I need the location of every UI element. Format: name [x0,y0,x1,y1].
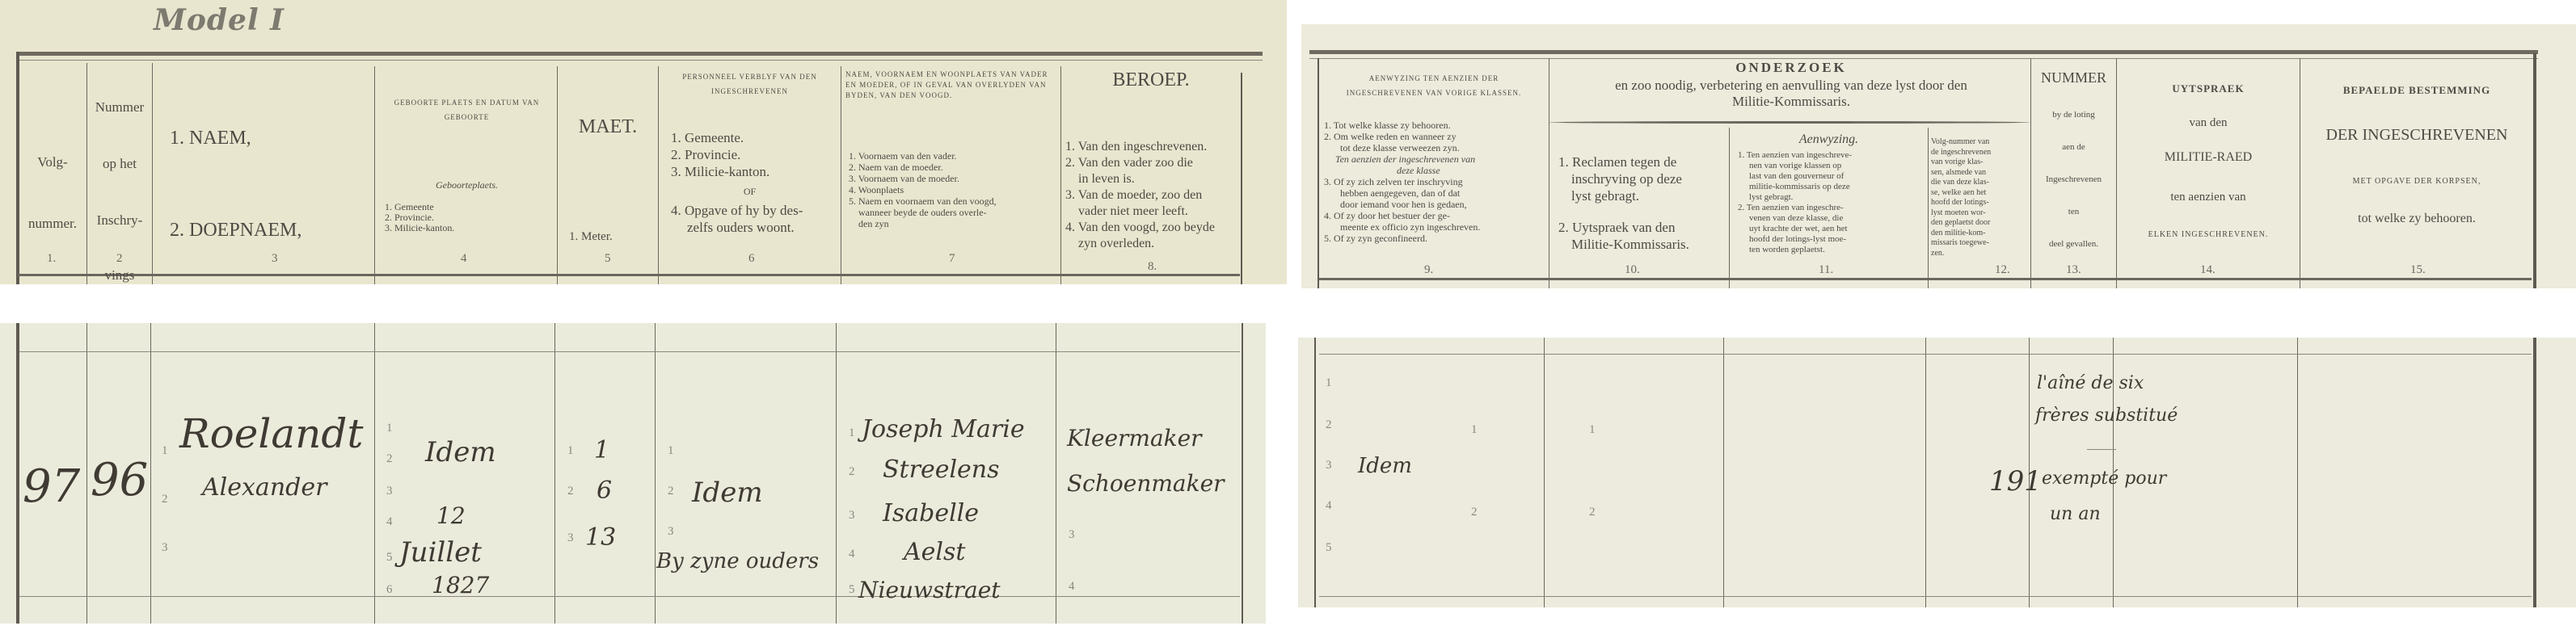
col-divider [1723,338,1724,607]
entry-maend: Juillet [399,536,482,569]
col9-number: 9. [1424,263,1433,277]
line-number: 2 [162,493,168,506]
col11-item: venen van deze klasse, die [1738,213,1852,224]
col-divider [1060,66,1061,284]
col7-title: NAEM, VOORNAEM EN WOONPLAETS VAN VADER E… [845,69,1056,101]
col-divider [374,323,375,624]
col12-item: lyst moeten wor- [1931,208,1991,219]
header-left-page: Model I Volg- nummer. 1. Nummer op het I… [0,0,1287,284]
col12-item: zen. [1931,249,1991,259]
col6-item4-line: zelfs ouders woont. [671,219,803,236]
top-rule-thin [1309,58,2538,59]
col-divider [658,66,659,284]
entry-right-page: 1 2 3 4 5 Idem 1 2 1 2 191 l'aîné de six… [1298,338,2576,607]
col13-line: Ingeschrevenen [2031,174,2116,184]
right-border [2533,53,2536,288]
col5-number: 5 [605,252,611,266]
col2-number: 2 [116,252,123,266]
col8-item: zyn overleden. [1065,236,1215,252]
col-divider [1925,338,1926,607]
col9-item: 3. Of zy zich zelven ter inschryving [1324,176,1480,187]
entry-woonplaets: Aelst [904,538,965,566]
row-bottom-rule [1319,596,2532,597]
col14-line: MILITIE-RAED [2117,150,2300,165]
col12-item: van vorige klas- [1931,157,1991,168]
col9-title-line: INGESCHREVENEN VAN VORIGE KLASSEN. [1321,86,1547,100]
col14-line: UYTSPRAEK [2117,82,2300,95]
entry-verblyf-ouders: By zyne ouders [656,549,819,573]
col8-item: 2. Van den vader zoo die [1065,155,1215,171]
col1-number: 1. [47,252,56,266]
line-number: 1 [567,444,574,458]
line-number: 4 [849,548,855,561]
col10-items: 1. Reclamen tegen de inschryving op deze… [1558,153,1689,253]
onderzoek-brace [1549,121,2030,124]
col10-number: 10. [1625,263,1640,277]
col7-items: 1. Voornaem van den vader. 2. Naem van d… [849,150,997,229]
line-number: 5 [386,551,393,565]
col13-title: NUMMER [2031,69,2116,86]
entry-col9-aenwyzing: Idem [1358,454,1412,478]
col9-item: 2. Om welke reden en wanneer zy [1324,131,1480,142]
col-divider [1729,128,1730,288]
col7-item: 3. Voornaem van de moeder. [849,173,997,184]
col6-or: OF [663,186,837,198]
entry-volgnummer: 97 [23,460,80,513]
entry-uytspraek-separator [2087,449,2116,450]
entry-dag: 12 [436,502,466,529]
col7-item: 2. Naem van de moeder. [849,162,997,173]
col-divider [86,63,87,284]
col13-line: deel gevallen. [2031,239,2116,249]
entry-jaer: 1827 [432,572,489,598]
line-number: 1 [162,444,168,458]
onderzoek-title: ONDERZOEK [1549,60,2034,76]
col6-item: 1. Gemeente. [671,129,769,146]
entry-lotings-nummer: 191 [1989,465,2042,498]
col8-items: 1. Van den ingeschrevenen. 2. Van den va… [1065,139,1215,252]
col10-item: lyst gebragt. [1558,187,1689,204]
entry-geboorteplaets: Idem [425,436,496,468]
line-number: 2 [1471,506,1478,519]
line-number: 2 [567,485,574,498]
col9-item: door iemand voor hen is gedaen, [1324,199,1480,210]
top-rule [18,52,1263,56]
entry-maet-meter: 1 [594,436,609,464]
col2-line: Inschry- [87,212,152,229]
col11-item: uyt krachte der wet, aen het [1738,224,1852,234]
col14-number: 14. [2200,263,2216,277]
col7-number: 7 [949,252,955,266]
col6-items: 1. Gemeente. 2. Provincie. 3. Milicie-ka… [671,129,769,180]
row-bottom-rule [19,596,1240,597]
col14-line: van den [2117,116,2300,130]
col6-item: 2. Provincie. [671,146,769,163]
col10-item: 1. Reclamen tegen de [1558,153,1689,170]
col9-item: hebben aengegeven, dan of dat [1324,187,1480,199]
col-divider [2297,338,2298,607]
col10-item: 2. Uytspraek van den [1558,219,1689,236]
col1-label-a: Volg- [19,153,86,171]
entry-doepnaem: Alexander [202,473,327,502]
col6-item4: 4. Opgave of hy by des- zelfs ouders woo… [671,202,803,236]
col15-line: tot welke zy behooren. [2300,212,2533,226]
col15-line: BEPAELDE BESTEMMING [2300,84,2533,97]
col12-item: se, welke aen het [1931,188,1991,199]
right-border [2533,338,2536,607]
col11-item: 2. Ten aenzien van ingeschre- [1738,203,1852,213]
line-number: 3 [162,541,168,555]
col2-line: op het [87,155,152,173]
right-border [1242,323,1243,624]
line-number: 2 [1326,418,1332,432]
col13-line: aen de [2031,142,2116,152]
col9-items: 1. Tot welke klasse zy behooren. 2. Om w… [1324,120,1480,244]
col-divider [374,66,375,284]
col13-number: 13. [2066,263,2081,277]
entry-uytspraek-line1: l'aîné de six [2037,373,2144,393]
col11-item: lyst gebragt. [1738,192,1852,203]
col-divider [152,63,153,284]
entry-uytspraek-line3: exempté pour [2042,468,2166,489]
col12-item: missaris toegewe- [1931,238,1991,249]
col-divider [557,66,558,284]
col10-item: Militie-Kommissaris. [1558,236,1689,253]
col3-item-naem: 1. NAEM, [170,128,251,149]
col9-item: meente ex officio zyn ingeschreven. [1324,221,1480,233]
col3-item-doepnaem: 2. DOEPNAEM, [170,220,301,241]
line-number: 2 [849,465,855,479]
col8-number: 8. [1148,260,1157,274]
col-divider [836,323,837,624]
col13-line: ten [2031,207,2116,216]
col2-line: Nummer [87,99,152,116]
col9-italic: Ten aenzien der ingeschrevenen van [1324,153,1480,165]
line-number: 3 [1326,459,1332,472]
line-number: 1 [1471,423,1478,437]
col11-item: 1. Ten aenzien van ingeschreve- [1738,150,1852,161]
col-divider [86,323,87,624]
col9-item: 4. Of zy door het bestuer der ge- [1324,210,1480,221]
line-number: 3 [668,525,674,539]
col12-item: de ingeschrevenen [1931,148,1991,158]
col7-item: 4. Woonplaets [849,184,997,195]
col13-line: by de loting [2031,110,2116,120]
line-number: 1 [386,422,393,435]
col11-items: 1. Ten aenzien van ingeschreve- nen van … [1738,150,1852,255]
left-border [1314,338,1316,607]
entry-maet-centim: 6 [597,477,612,505]
line-number: 2 [668,485,674,498]
right-border [1241,73,1242,284]
col8-item: vader niet meer leeft. [1065,204,1215,220]
entry-woonplaets-street: Nieuwstraet [858,577,1001,603]
col12-item: den militie-kom- [1931,229,1991,239]
line-number: 3 [386,485,393,498]
row-top-rule [1319,354,2532,355]
onderzoek-subtitle-line: en zoo noodig, verbetering en aenvulling… [1549,78,2034,94]
left-border [16,323,19,624]
entry-uytspraek-line4: un an [2050,504,2101,524]
col8-item: 1. Van den ingeschrevenen. [1065,139,1215,155]
col7-item: 5. Naem en voornaem van den voogd, [849,195,997,207]
col-divider [1928,128,1929,288]
col7-item: 1. Voornaem van den vader. [849,150,997,162]
col15-number: 15. [2410,263,2426,277]
entry-beroep-ingeschrevene: Kleermaker [1067,425,1202,451]
col6-title: PERSONNEEL VERBLYF VAN DEN INGESCHREVENE… [663,69,837,99]
line-number: 1 [668,444,674,458]
col8-title: BEROEP. [1062,69,1240,91]
col15-line: DER INGESCHREVENEN [2300,126,2533,145]
line-number: 5 [849,583,855,597]
line-number: 5 [1326,541,1332,555]
row-top-rule [19,351,1240,352]
col4-number: 4 [461,252,467,266]
col7-item: wanneer beyde de ouders overle- [849,207,997,218]
line-number: 4 [1069,580,1075,594]
col12-item: Volg-nummer van [1931,137,1991,148]
entry-moeder-naem: Streelens [883,456,1000,484]
col9-item: 1. Tot welke klasse zy behooren. [1324,120,1480,131]
left-border [1318,58,1319,288]
col7-item: den zyn [849,218,997,229]
entry-beroep-vader: Schoenmaker [1067,470,1225,497]
col9-item: tot deze klasse verweezen zyn. [1324,142,1480,153]
col-divider [554,323,555,624]
col6-number: 6 [748,252,755,266]
entry-vader-voornaem: Joseph Marie [862,415,1025,443]
col12-item: hoofd der lotings- [1931,198,1991,208]
header-right-page: AENWYZING TEN AENZIEN DER INGESCHREVENEN… [1301,24,2576,288]
line-number: 3 [1069,528,1075,542]
col-divider [1544,338,1545,607]
col-divider [150,323,151,624]
col9-italic: deze klasse [1324,165,1480,176]
line-number: 4 [386,515,393,529]
entry-naem: Roelandt [179,410,363,457]
entry-left-page: 97 96 1 2 3 Roelandt Alexander 1 2 3 4 5… [0,323,1266,624]
entry-register-nummer: 96 [91,454,148,506]
header-bottom-rule [18,274,1240,276]
top-rule-thin [18,60,1263,61]
col8-item: in leven is. [1065,171,1215,187]
line-number: 2 [1589,506,1596,519]
entry-uytspraek-line2: frères substitué [2035,405,2178,426]
line-number: 2 [386,452,393,466]
line-number: 1 [849,426,855,440]
model-title: Model I [154,3,285,37]
line-number: 4 [1326,499,1332,513]
col12-item: den geplaetst door [1931,218,1991,229]
onderzoek-subtitle: en zoo noodig, verbetering en aenvulling… [1549,78,2034,110]
col-divider [841,66,841,284]
line-number: 6 [386,583,393,597]
col6-item: 3. Milicie-kanton. [671,163,769,180]
col14-line: ELKEN INGESCHREVENEN. [2117,228,2300,242]
col11-item: nen van vorige klassen op [1738,161,1852,171]
col1-label-nummer: nummer. [19,215,86,233]
col11-item: militie-kommissaris op deze [1738,182,1852,192]
onderzoek-subtitle-line: Militie-Kommissaris. [1549,94,2034,110]
col5-title: MAET. [558,116,658,138]
col12-item: sen, alsmede van [1931,168,1991,178]
col-divider [1056,323,1056,624]
header-bottom-rule [1319,278,2532,280]
entry-maet-millim: 13 [585,523,616,552]
col11-item: hoofd der lotings-lyst moe- [1738,234,1852,245]
col12-items: Volg-nummer van de ingeschrevenen van vo… [1931,137,1991,258]
entry-moeder-voornaem: Isabelle [883,499,979,527]
col-divider [655,323,656,624]
col14-line: ten aenzien van [2117,191,2300,204]
line-number: 3 [567,531,574,545]
col8-item: 4. Van den voogd, zoo beyde [1065,220,1215,236]
col10-item: inschryving op deze [1558,170,1689,187]
col4-items1: 1. Gemeente 2. Provincie. 3. Milicie-kan… [385,202,454,233]
top-rule [1309,50,2538,54]
col9-item: 5. Of zy zyn geconfineerd. [1324,233,1480,244]
col4-sub1: Geboorteplaets. [380,179,554,191]
col3-number: 3 [272,252,278,266]
line-number: 1 [1326,376,1332,390]
col15-line: MET OPGAVE DER KORPSEN, [2300,174,2533,189]
col12-item: die van deze klas- [1931,178,1991,188]
line-number: 1 [1589,423,1596,437]
col4-item: 3. Milicie-kanton. [385,223,454,233]
col11-item: ten worden geplaetst. [1738,245,1852,255]
col6-item4-line: 4. Opgave of hy by des- [671,202,803,219]
line-number: 3 [849,509,855,523]
col11-item: last van den gouverneur of [1738,171,1852,182]
col4-title: GEBOORTE PLAETS EN DATUM VAN GEBOORTE [380,95,554,124]
col2-line: vings [87,267,152,284]
col9-title: AENWYZING TEN AENZIEN DER INGESCHREVENEN… [1321,71,1547,100]
entry-verblyf: Idem [692,477,763,509]
col11-number: 11. [1819,263,1833,277]
col8-item: 3. Van de moeder, zoo den [1065,187,1215,204]
col12-number: 12. [1995,263,2010,277]
col11-title: Aenwyzing. [1730,132,1928,147]
col5-item-meter: 1. Meter. [569,230,613,244]
spacer [1558,204,1689,219]
col9-title-line: AENWYZING TEN AENZIEN DER [1321,71,1547,86]
